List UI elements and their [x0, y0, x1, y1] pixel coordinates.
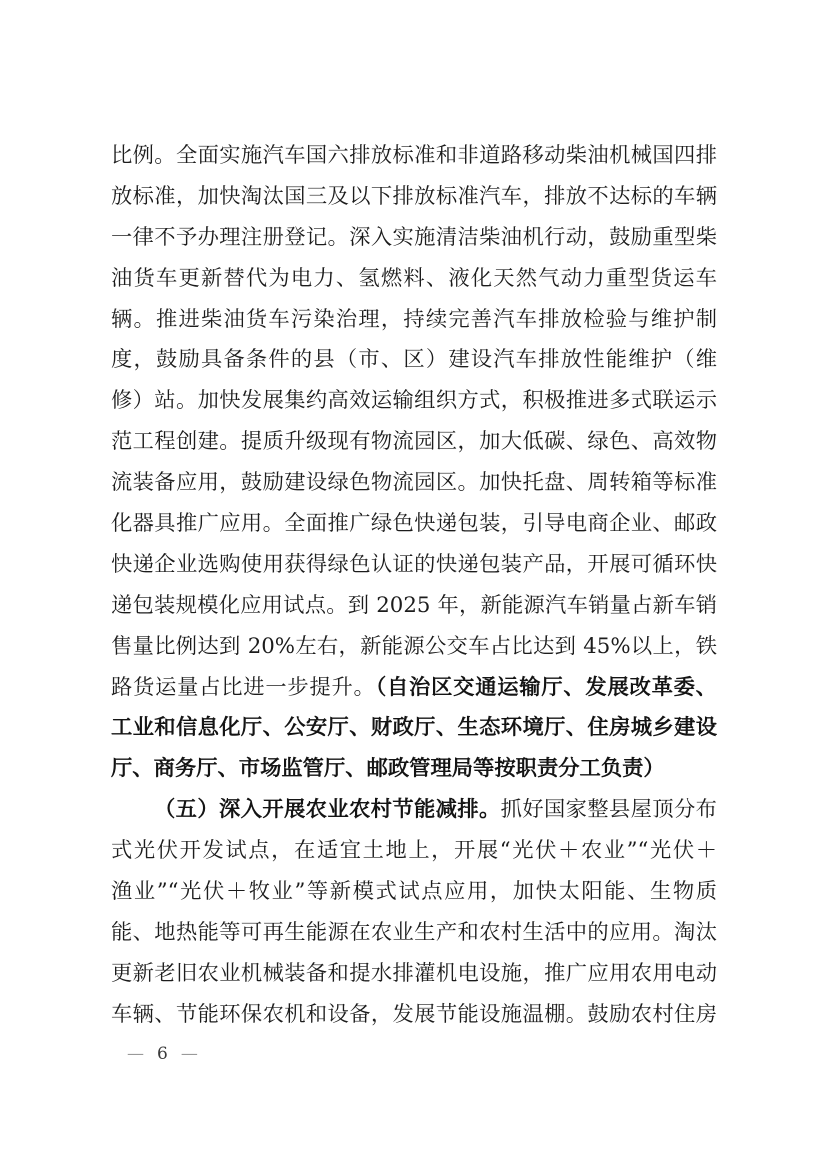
text-line: 递包装规模化应用试点。到 2025 年，新能源汽车销量占新车销 — [111, 586, 717, 627]
responsibility-note: （自治区交通运输厅、发展改革委、 — [376, 675, 717, 700]
line-text: 油货车更新替代为电力、氢燃料、液化天然气动力重型货运车 — [111, 266, 717, 291]
document-page: 比例。全面实施汽车国六排放标准和非道路移动柴油机械国四排 放标准，加快淘汰国三及… — [0, 0, 827, 1169]
line-text: 一律不予办理注册登记。深入实施清洁柴油机行动，鼓励重型柴 — [111, 225, 717, 250]
line-text: 售量比例达到 20%左右，新能源公交车占比达到 45%以上，铁 — [111, 634, 717, 659]
line-text: 渔业”“光伏＋牧业”等新模式试点应用，加快太阳能、生物质 — [111, 879, 717, 904]
text-line: 油货车更新替代为电力、氢燃料、液化天然气动力重型货运车 — [111, 259, 717, 300]
text-line: 范工程创建。提质升级现有物流园区，加大低碳、绿色、高效物 — [111, 422, 717, 463]
line-text: 流装备应用，鼓励建设绿色物流园区。加快托盘、周转箱等标准 — [111, 470, 717, 495]
line-text: 路货运量占比进一步提升。 — [111, 675, 376, 700]
footer-right-dash: — — [181, 1044, 198, 1064]
document-body: 比例。全面实施汽车国六排放标准和非道路移动柴油机械国四排 放标准，加快淘汰国三及… — [111, 136, 717, 1036]
line-text: 车辆、节能环保农机和设备，发展节能设施温棚。鼓励农村住房 — [111, 1002, 717, 1027]
line-text: 能、地热能等可再生能源在农业生产和农村生活中的应用。淘汰 — [111, 920, 717, 945]
line-text: 度，鼓励具备条件的县（市、区）建设汽车排放性能维护（维 — [111, 347, 717, 372]
text-line: 更新老旧农业机械装备和提水排灌机电设施，推广应用农用电动 — [111, 954, 717, 995]
line-text: 递包装规模化应用试点。到 2025 年，新能源汽车销量占新车销 — [111, 593, 717, 618]
line-text: 范工程创建。提质升级现有物流园区，加大低碳、绿色、高效物 — [111, 429, 717, 454]
text-line: 快递企业选购使用获得绿色认证的快递包装产品，开展可循环快 — [111, 545, 717, 586]
text-line: 路货运量占比进一步提升。（自治区交通运输厅、发展改革委、 — [111, 668, 717, 709]
text-line: 售量比例达到 20%左右，新能源公交车占比达到 45%以上，铁 — [111, 627, 717, 668]
footer-left-dash: — — [127, 1044, 144, 1064]
text-line: 车辆、节能环保农机和设备，发展节能设施温棚。鼓励农村住房 — [111, 995, 717, 1036]
line-text: 放标准，加快淘汰国三及以下排放标准汽车，排放不达标的车辆 — [111, 184, 717, 209]
text-line: 一律不予办理注册登记。深入实施清洁柴油机行动，鼓励重型柴 — [111, 218, 717, 259]
text-line: （五）深入开展农业农村节能减排。抓好国家整县屋顶分布 — [111, 790, 717, 831]
paragraph-agriculture: （五）深入开展农业农村节能减排。抓好国家整县屋顶分布 式光伏开发试点，在适宜土地… — [111, 790, 717, 1035]
text-line: 式光伏开发试点，在适宜土地上，开展“光伏＋农业”“光伏＋ — [111, 831, 717, 872]
text-line: 放标准，加快淘汰国三及以下排放标准汽车，排放不达标的车辆 — [111, 177, 717, 218]
text-line: 能、地热能等可再生能源在农业生产和农村生活中的应用。淘汰 — [111, 913, 717, 954]
line-text: 辆。推进柴油货车污染治理，持续完善汽车排放检验与维护制 — [111, 307, 717, 332]
line-text: 抓好国家整县屋顶分布 — [501, 797, 717, 822]
line-text: 修）站。加快发展集约高效运输组织方式，积极推进多式联运示 — [111, 388, 717, 413]
paragraph-transport: 比例。全面实施汽车国六排放标准和非道路移动柴油机械国四排 放标准，加快淘汰国三及… — [111, 136, 717, 790]
responsibility-note: 厅、商务厅、市场监管厅、邮政管理局等按职责分工负责） — [111, 756, 665, 781]
text-line: 修）站。加快发展集约高效运输组织方式，积极推进多式联运示 — [111, 381, 717, 422]
line-text: 更新老旧农业机械装备和提水排灌机电设施，推广应用农用电动 — [111, 961, 717, 986]
page-footer: — 6 — — [127, 1042, 198, 1066]
text-line: 比例。全面实施汽车国六排放标准和非道路移动柴油机械国四排 — [111, 136, 717, 177]
text-line: 度，鼓励具备条件的县（市、区）建设汽车排放性能维护（维 — [111, 340, 717, 381]
responsibility-note: 工业和信息化厅、公安厅、财政厅、生态环境厅、住房城乡建设 — [111, 715, 717, 740]
text-line: 厅、商务厅、市场监管厅、邮政管理局等按职责分工负责） — [111, 749, 717, 790]
text-line: 辆。推进柴油货车污染治理，持续完善汽车排放检验与维护制 — [111, 300, 717, 341]
text-line: 化器具推广应用。全面推广绿色快递包装，引导电商企业、邮政 — [111, 504, 717, 545]
line-text: 化器具推广应用。全面推广绿色快递包装，引导电商企业、邮政 — [111, 511, 717, 536]
line-text: 快递企业选购使用获得绿色认证的快递包装产品，开展可循环快 — [111, 552, 717, 577]
text-line: 工业和信息化厅、公安厅、财政厅、生态环境厅、住房城乡建设 — [111, 708, 717, 749]
line-text: 比例。全面实施汽车国六排放标准和非道路移动柴油机械国四排 — [111, 143, 717, 168]
page-number: 6 — [157, 1044, 168, 1064]
section-heading: （五）深入开展农业农村节能减排。 — [154, 797, 501, 822]
text-line: 渔业”“光伏＋牧业”等新模式试点应用，加快太阳能、生物质 — [111, 872, 717, 913]
line-text: 式光伏开发试点，在适宜土地上，开展“光伏＋农业”“光伏＋ — [111, 838, 717, 863]
text-line: 流装备应用，鼓励建设绿色物流园区。加快托盘、周转箱等标准 — [111, 463, 717, 504]
